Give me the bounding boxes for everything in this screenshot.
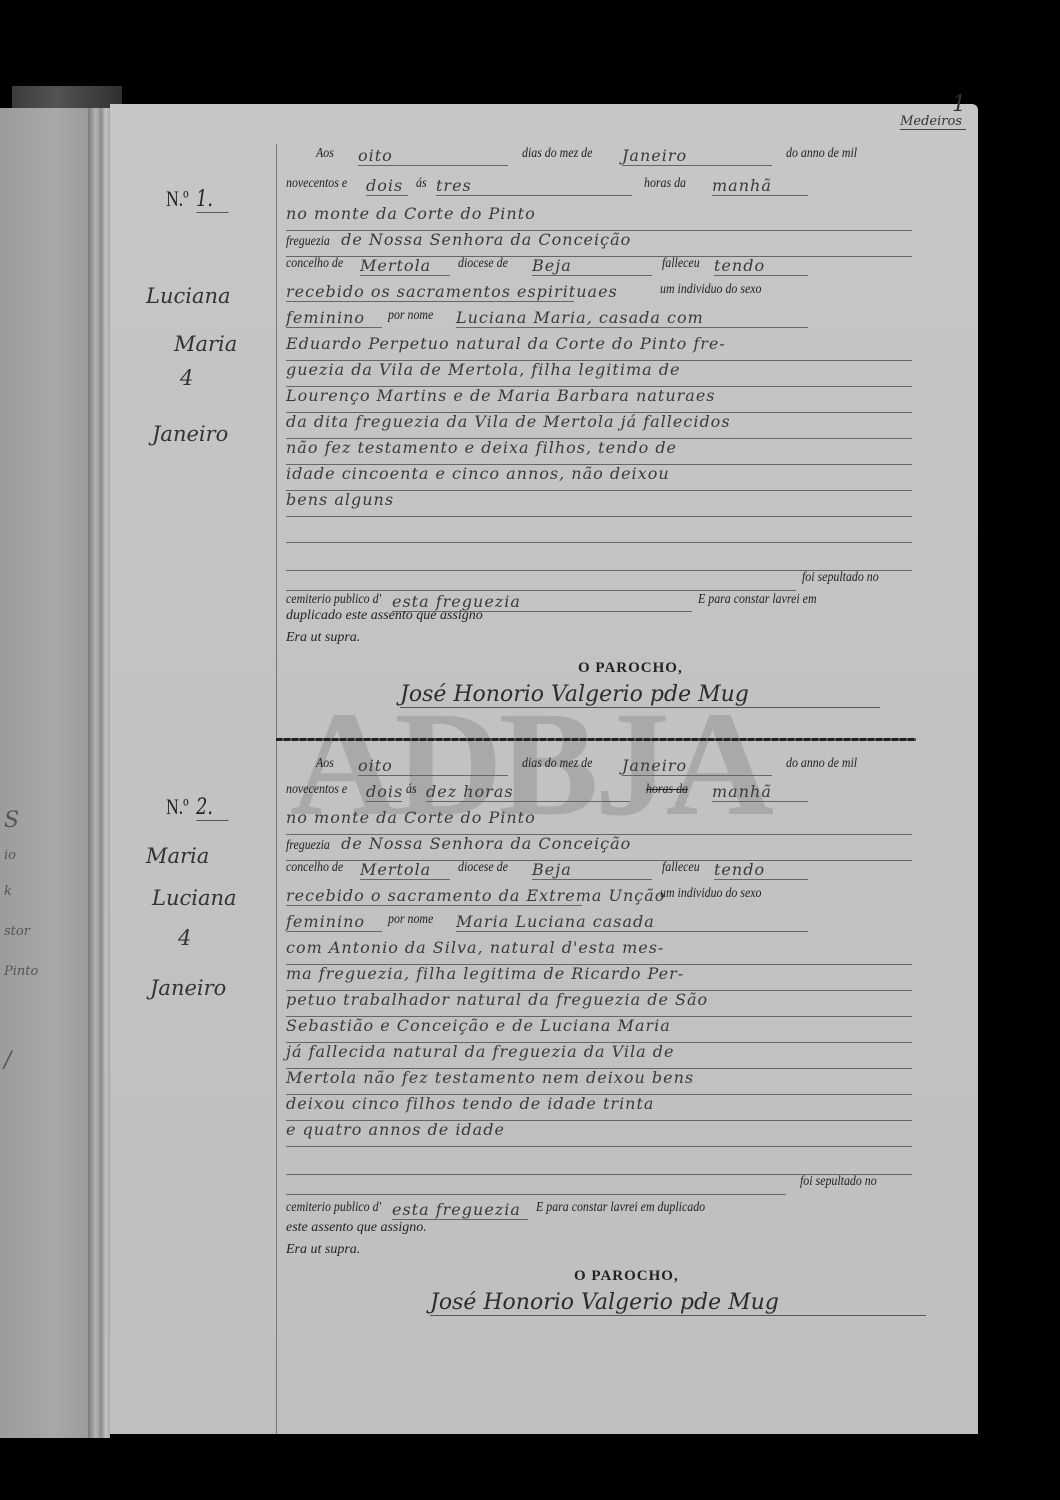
body-line: petuo trabalhador natural da freguezia d… — [286, 990, 912, 1017]
blank-line — [286, 544, 912, 571]
body-line: Sebastião e Conceição e de Luciana Maria — [286, 1016, 912, 1043]
blank-line — [286, 516, 912, 543]
left-page-fragment: / — [4, 1048, 11, 1073]
sex-field: feminino — [286, 308, 382, 328]
hour-field: dez horas — [426, 782, 630, 802]
parish-priest-signature: José Honorio Valgerio pde Mug — [430, 1290, 926, 1316]
body-line: idade cincoenta e cinco annos, não deixo… — [286, 464, 912, 491]
body-line: deixou cinco filhos tendo de idade trint… — [286, 1094, 912, 1121]
parocho-label: O PAROCHO, — [578, 660, 683, 677]
left-page: S io k stor Pinto / — [0, 108, 92, 1438]
line-date: Aos oito dias do mez de Janeiro do anno … — [286, 146, 912, 172]
body-line: Lourenço Martins e de Maria Barbara natu… — [286, 386, 912, 413]
name-field: Maria Luciana casada — [456, 912, 808, 932]
line-concelho: concelho de Mertola diocese de Beja fall… — [286, 256, 912, 282]
body-line: Mertola não fez testamento nem deixou be… — [286, 1068, 912, 1095]
body-line: ma freguezia, filha legitima de Ricardo … — [286, 964, 912, 991]
year-field: dois — [366, 176, 408, 196]
line-sacraments: recebido o sacramento da Extrema Unção u… — [286, 886, 912, 912]
margin-name: Maria — [174, 332, 237, 356]
margin-day: 4 — [178, 926, 191, 950]
entry-number-value: 1. — [196, 187, 228, 213]
blank-line — [286, 1148, 912, 1175]
falleceu-field: tendo — [714, 256, 808, 276]
line-sacraments: recebido os sacramentos espirituaes um i… — [286, 282, 912, 308]
margin-name: Luciana — [146, 284, 231, 308]
entry-number-value: 2. — [196, 795, 228, 821]
page-number: 1 — [952, 92, 966, 117]
parish-priest-signature: José Honorio Valgerio pde Mug — [400, 682, 880, 708]
line-freguezia: freguezia de Nossa Senhora da Conceição — [286, 230, 912, 257]
month-field: Janeiro — [622, 756, 772, 776]
freguezia-field: de Nossa Senhora da Conceição — [341, 230, 631, 249]
book-gutter — [88, 108, 110, 1438]
diocese-field: Beja — [532, 256, 652, 276]
line-concelho: concelho de Mertola diocese de Beja fall… — [286, 860, 912, 886]
line-name: feminino por nome Maria Luciana casada — [286, 912, 912, 938]
left-page-fragment: Pinto — [4, 964, 38, 979]
entry-divider — [276, 738, 916, 741]
line-year-hour: novecentos e dois ás tres horas da manhã — [286, 176, 912, 202]
entry-number-label: N.º — [166, 794, 189, 819]
binding-ribbon — [12, 86, 122, 108]
body-line: Eduardo Perpetuo natural da Corte do Pin… — [286, 334, 912, 361]
name-field: Luciana Maria, casada com — [456, 308, 808, 328]
body-line: não fez testamento e deixa filhos, tendo… — [286, 438, 912, 465]
margin-month: Janeiro — [150, 976, 226, 1000]
margin-day: 4 — [180, 366, 193, 390]
body-line: já fallecida natural da freguezia da Vil… — [286, 1042, 912, 1069]
cemiterio-field: esta freguezia — [392, 1200, 528, 1220]
line-sepultado: foi sepultado no — [286, 1174, 912, 1200]
sex-field: feminino — [286, 912, 382, 932]
duplicado-text: duplicado este assento que assigno — [286, 608, 483, 624]
parocho-label: O PAROCHO, — [574, 1268, 679, 1285]
place-field: no monte da Corte do Pinto — [286, 808, 536, 827]
era-text: Era ut supra. — [286, 1242, 360, 1258]
left-page-fragment: stor — [4, 924, 30, 939]
left-page-fragment: S — [4, 808, 19, 833]
place-field: no monte da Corte do Pinto — [286, 204, 536, 223]
margin-rule — [276, 144, 277, 1434]
line-place: no monte da Corte do Pinto — [286, 808, 912, 835]
freguezia-field: de Nossa Senhora da Conceição — [341, 834, 631, 853]
register-page: 1 Medeiros ADBJA N.º 1. Luciana Maria 4 … — [110, 104, 978, 1434]
line-date: Aos oito dias do mez de Janeiro do anno … — [286, 756, 912, 782]
era-text: Era ut supra. — [286, 630, 360, 646]
entry-number-label: N.º — [166, 186, 189, 211]
body-line: com Antonio da Silva, natural d'esta mes… — [286, 938, 912, 965]
line-freguezia: freguezia de Nossa Senhora da Conceição — [286, 834, 912, 861]
year-field: dois — [366, 782, 402, 802]
body-line: bens alguns — [286, 490, 912, 517]
page-number-mark: 1 Medeiros — [900, 100, 966, 130]
body-line: e quatro annos de idade — [286, 1120, 912, 1147]
margin-name: Maria — [146, 844, 209, 868]
concelho-field: Mertola — [360, 256, 450, 276]
sacrament-field: recebido o sacramento da Extrema Unção — [286, 886, 582, 906]
entry-number: N.º 1. — [166, 186, 228, 213]
left-page-fragment: io — [4, 848, 16, 863]
diocese-field: Beja — [532, 860, 652, 880]
month-field: Janeiro — [622, 146, 772, 166]
day-field: oito — [358, 146, 508, 166]
margin-month: Janeiro — [152, 422, 228, 446]
line-place: no monte da Corte do Pinto — [286, 204, 912, 231]
body-line: da dita freguezia da Vila de Mertola já … — [286, 412, 912, 439]
line-name: feminino por nome Luciana Maria, casada … — [286, 308, 912, 334]
sacrament-field: recebido os sacramentos espirituaes — [286, 282, 574, 302]
entry-number: N.º 2. — [166, 794, 228, 821]
day-field: oito — [358, 756, 508, 776]
line-year-hour: novecentos e dois ás dez horas horas da … — [286, 782, 912, 808]
concelho-field: Mertola — [360, 860, 450, 880]
period-field: manhã — [712, 176, 808, 196]
left-page-fragment: k — [4, 884, 12, 899]
hour-field: tres — [436, 176, 632, 196]
body-line: guezia da Vila de Mertola, filha legitim… — [286, 360, 912, 387]
period-field: manhã — [712, 782, 808, 802]
margin-name: Luciana — [152, 886, 237, 910]
duplicado-text: este assento que assigno. — [286, 1220, 427, 1236]
falleceu-field: tendo — [714, 860, 808, 880]
